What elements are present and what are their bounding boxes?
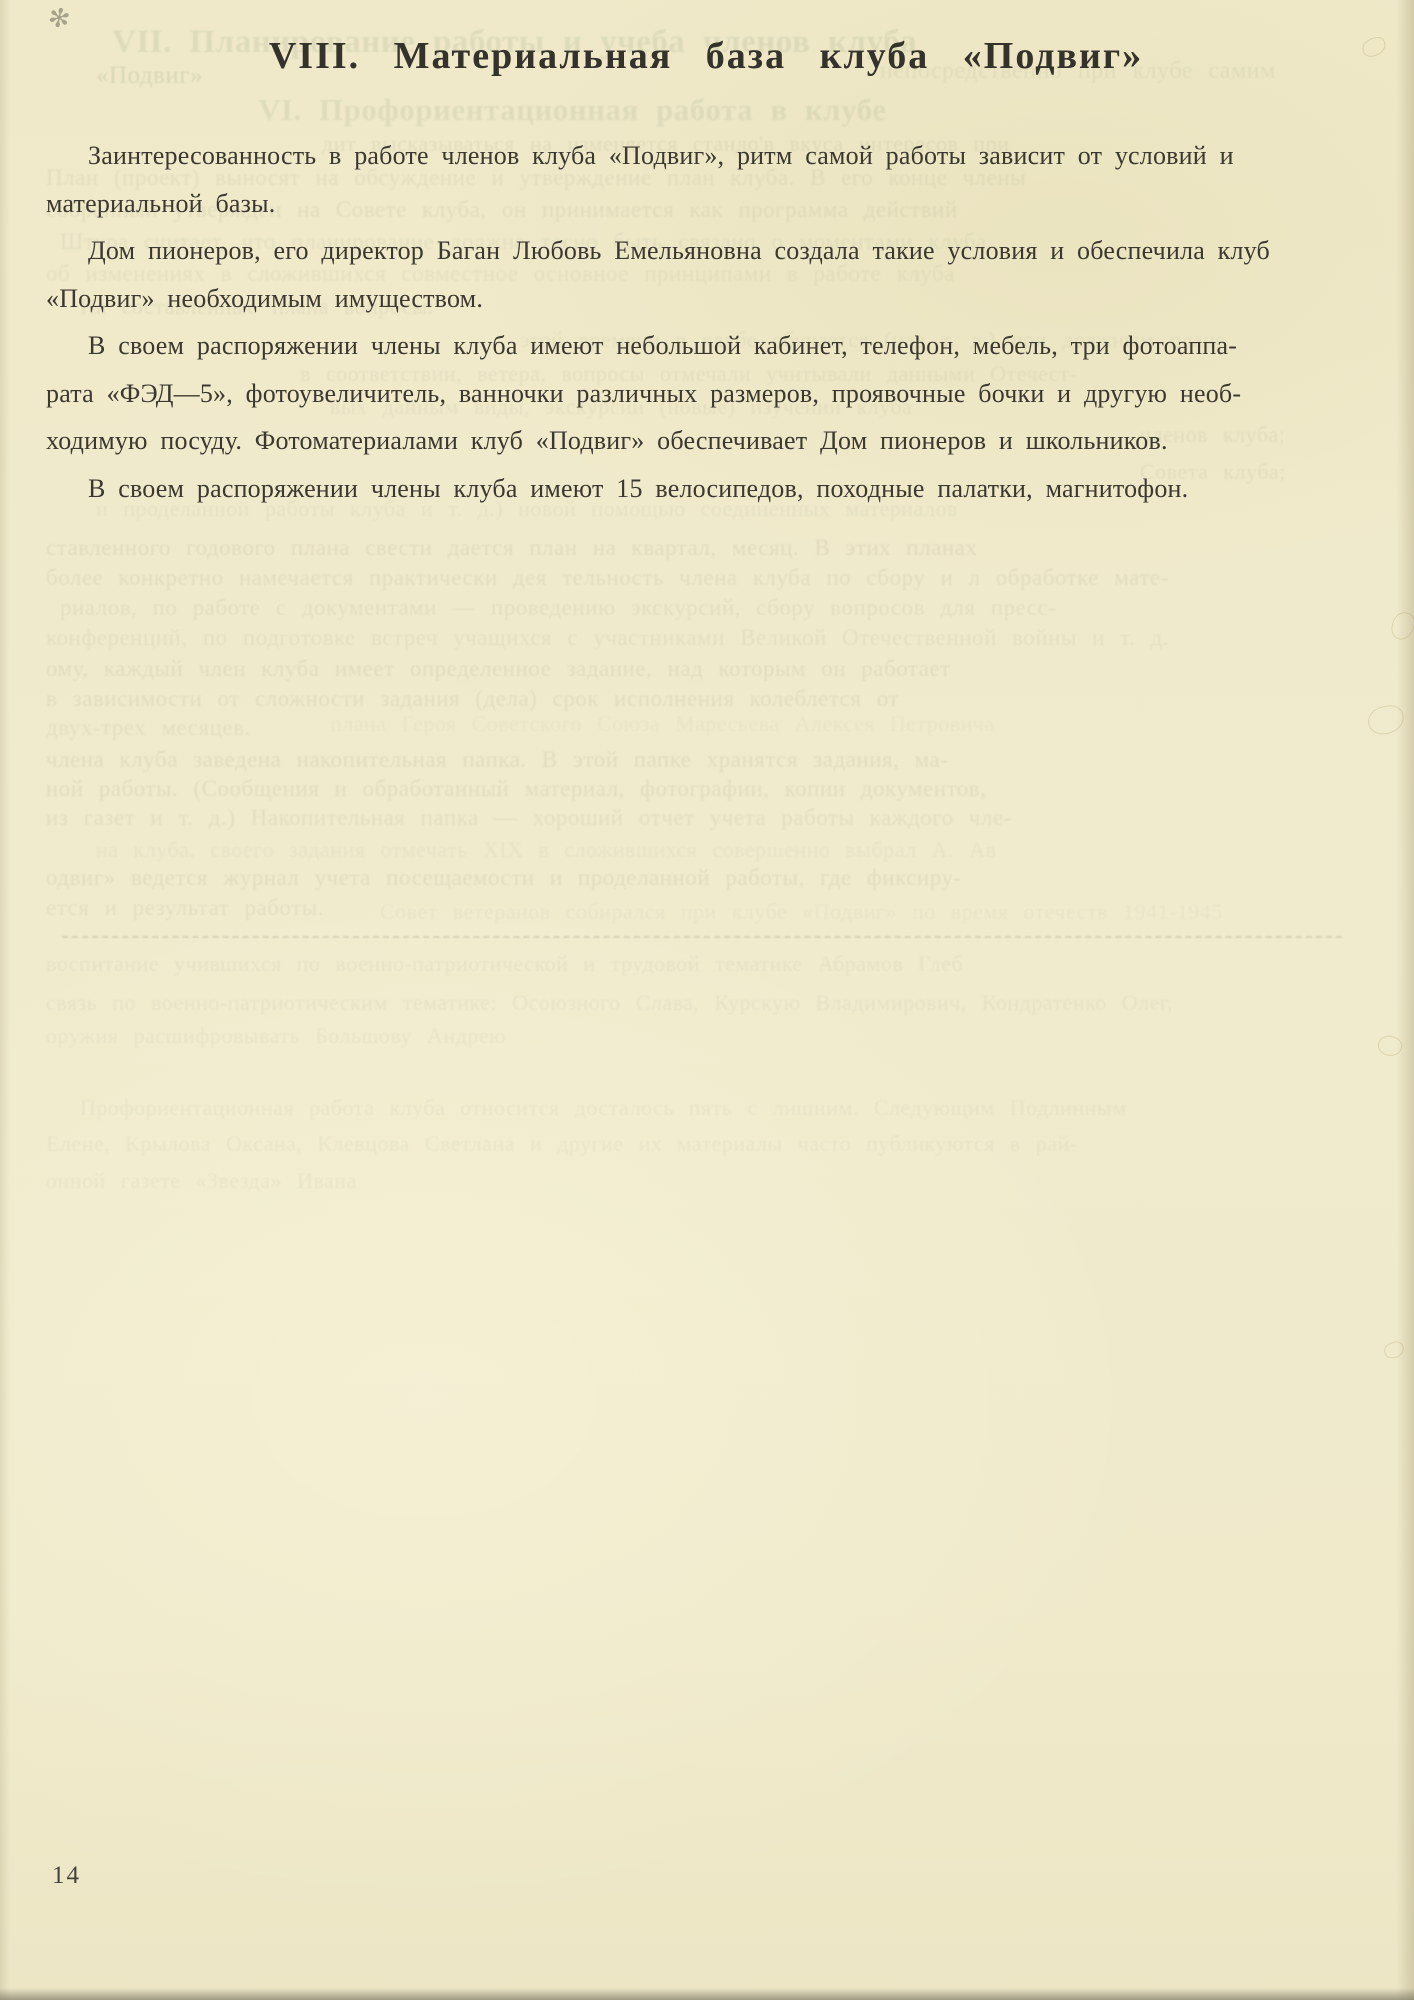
body-text-line: рата «ФЭД—5», фотоувеличитель, ванночки … [46,370,1376,418]
section-title: VIII. Материальная база клуба «Подвиг» [46,34,1366,78]
ghost-text-line: ому, каждый член клуба имеет определенно… [46,656,951,682]
ghost-text-line: члена клуба заведена накопительная папка… [46,747,948,773]
ghost-text-line: из газет и т. д.) Накопительная папка — … [46,805,1012,831]
ghost-text-line: ется и результат работы. [46,895,324,921]
ghost-text-line: воспитание учившихся по военно-патриотич… [46,951,963,977]
ghost-text-line: риалов, по работе с документами — провед… [60,595,1056,621]
ghost-dashed-rule [62,936,1342,938]
ghost-text-line: Профориентационная работа клуба относитс… [80,1095,1127,1121]
ghost-text-line: более конкретно намечается практически д… [46,565,1169,591]
ghost-text-line: на клуба. своего задания отмечать XIX в … [96,837,996,863]
body-text-line: «Подвиг» необходимым имуществом. [46,275,1376,323]
scanned-document-page: VII. Планирование работы и учеба членов … [0,0,1414,2000]
ghost-text-line: двух-трех месяцев. [46,715,251,741]
ghost-text-line: в зависимости от сложности задания (дела… [46,686,899,712]
page-number: 14 [52,1862,81,1890]
ghost-text-line: одвиг» ведется журнал учета посещаемости… [46,865,962,891]
corner-ornament-mark: ✻ [45,2,73,36]
ghost-text-line: Совет ветеранов собирался при клубе «Под… [380,899,1223,925]
body-text-line: Дом пионеров, его директор Баган Любовь … [46,227,1376,275]
ghost-text-line: связь по военно-патриотическим тематике:… [46,990,1173,1016]
scan-edge-left [0,0,10,2000]
ghost-text-line: плана Героя Советского Союза Маресьева А… [330,711,995,737]
ghost-text-line: конференций, по подготовке встреч учащих… [46,625,1169,651]
ghost-text-line: оружия расшифровывать Большову Андрею [46,1023,506,1049]
ghost-text-line: Елене, Крылова Оксана, Клевцова Светлана… [46,1131,1078,1157]
ghost-text-line: ной работы. (Сообщения и обработанный ма… [46,776,986,802]
ghost-text-line: ставленного годового плана свести дается… [46,535,977,561]
body-text-block: Заинтересованность в работе членов клуба… [46,132,1376,512]
body-text-line: материальной базы. [46,180,1376,228]
body-text-line: В своем распоряжении члены клуба имеют 1… [46,465,1376,513]
scan-edge-bottom [0,1988,1414,2000]
ghost-text-line: онной газете «Звезда» Ивана [46,1168,357,1194]
scan-edge-right [1396,0,1414,2000]
body-text-line: Заинтересованность в работе членов клуба… [46,132,1376,180]
ghost-text-line: VI. Профориентационная работа в клубе [258,92,887,128]
body-text-line: ходимую посуду. Фотоматериалами клуб «По… [46,417,1376,465]
body-text-line: В своем распоряжении члены клуба имеют н… [46,322,1376,370]
